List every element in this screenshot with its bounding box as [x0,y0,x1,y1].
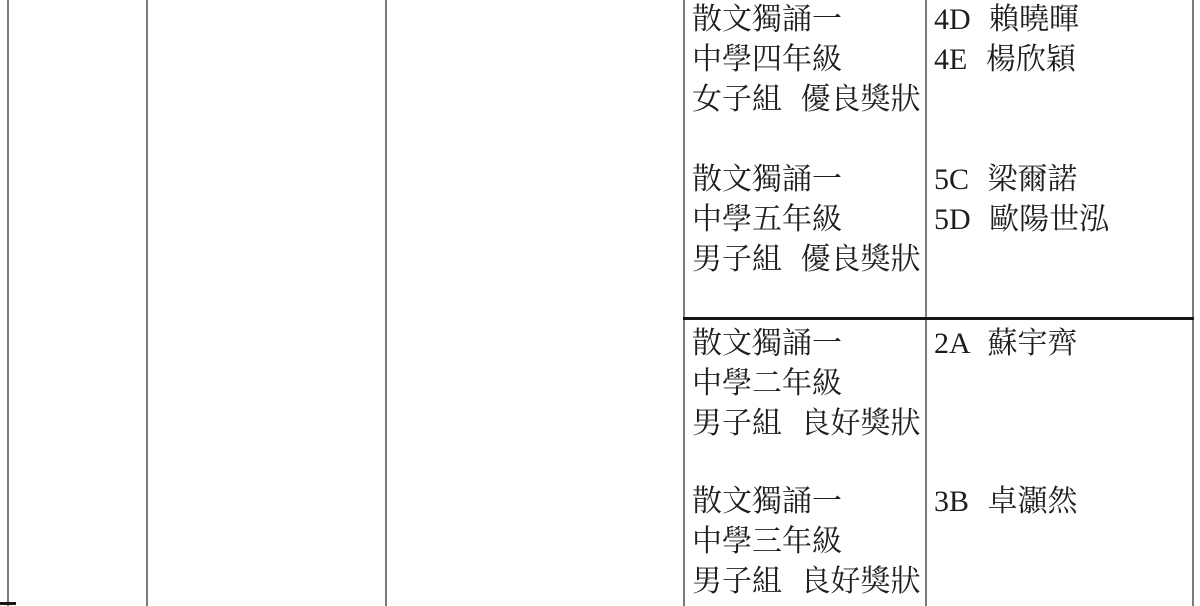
winner-line: 5C 梁爾諾 [934,160,1188,200]
event-line: 中學五年級 [692,200,920,240]
event-line: 男子組 良好獎狀 [692,562,920,602]
document-page: 散文獨誦一 中學四年級 女子組 優良獎狀 4D 賴曉暉 4E 楊欣穎 散文獨誦一… [0,0,1200,606]
event-line: 散文獨誦一 [692,324,920,364]
event-line: 男子組 優良獎狀 [692,240,920,280]
winners-cell: 5C 梁爾諾 5D 歐陽世泓 [934,160,1188,240]
table-vertical-line [385,0,387,606]
winner-line: 3B 卓灝然 [934,482,1188,522]
event-line: 中學二年級 [692,364,920,404]
event-line: 男子組 良好獎狀 [692,404,920,444]
winners-cell: 3B 卓灝然 [934,482,1188,522]
partial-border-bottom-left [0,602,16,605]
event-cell: 散文獨誦一 中學三年級 男子組 良好獎狀 [692,482,920,602]
event-line: 散文獨誦一 [692,0,920,40]
winner-line: 5D 歐陽世泓 [934,200,1188,240]
table-vertical-line [1192,0,1194,606]
event-line: 中學三年級 [692,522,920,562]
winner-line: 4E 楊欣穎 [934,40,1188,80]
event-line: 散文獨誦一 [692,482,920,522]
event-line: 散文獨誦一 [692,160,920,200]
event-cell: 散文獨誦一 中學二年級 男子組 良好獎狀 [692,324,920,444]
table-vertical-line [925,0,927,606]
table-vertical-line [7,0,9,606]
event-cell: 散文獨誦一 中學五年級 男子組 優良獎狀 [692,160,920,280]
table-vertical-line [683,0,685,606]
winners-cell: 2A 蘇宇齊 [934,324,1188,364]
winner-line: 4D 賴曉暉 [934,0,1188,40]
winner-line: 2A 蘇宇齊 [934,324,1188,364]
table-row-divider-line [683,317,1194,320]
event-line: 中學四年級 [692,40,920,80]
table-vertical-line [146,0,148,606]
winners-cell: 4D 賴曉暉 4E 楊欣穎 [934,0,1188,80]
event-cell: 散文獨誦一 中學四年級 女子組 優良獎狀 [692,0,920,120]
event-line: 女子組 優良獎狀 [692,80,920,120]
